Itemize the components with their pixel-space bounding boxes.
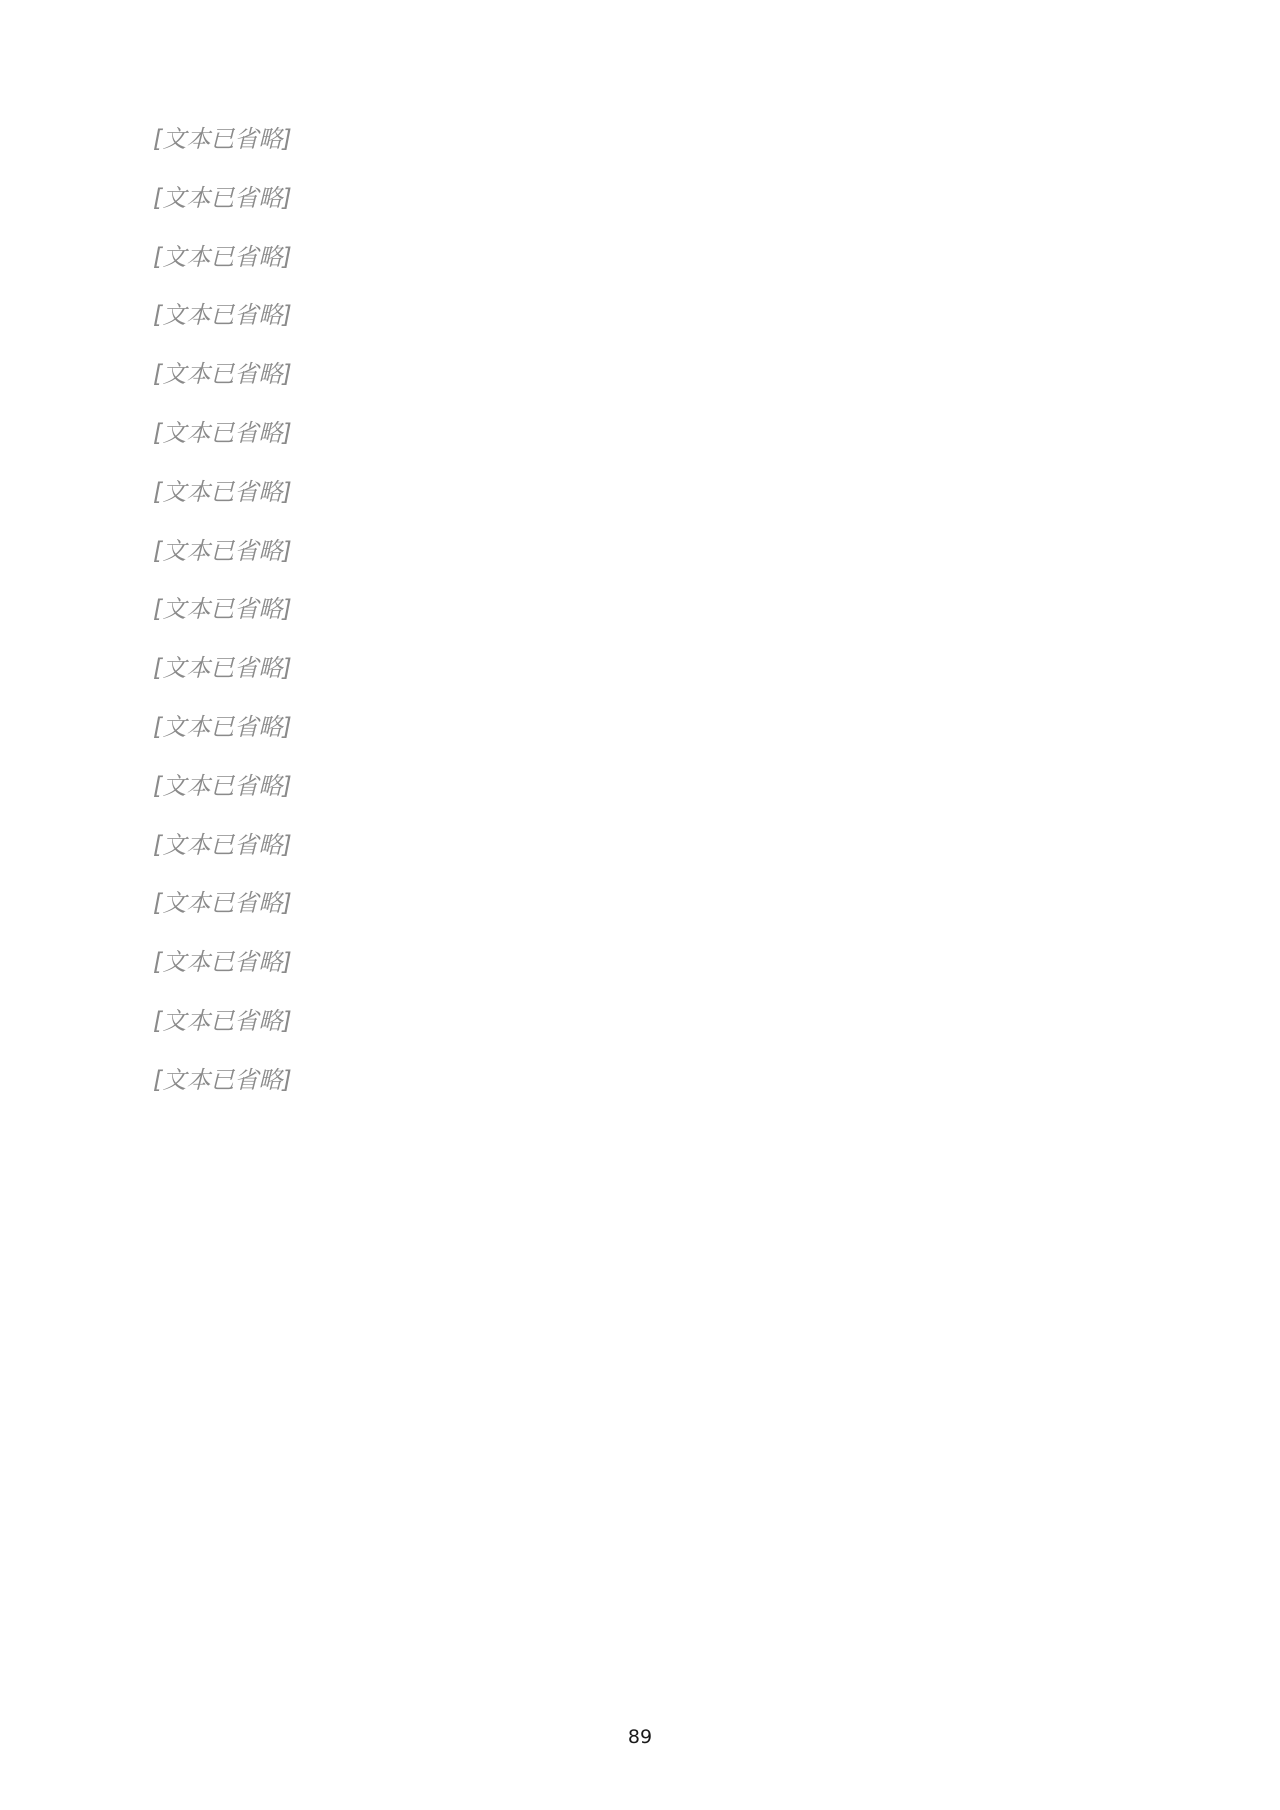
paragraph: [文本已省略]: [105, 757, 1175, 816]
paragraph: [文本已省略]: [105, 345, 1175, 404]
paragraph: [文本已省略]: [105, 933, 1175, 992]
page-number: 89: [0, 1726, 1280, 1748]
paragraph: [文本已省略]: [105, 580, 1175, 639]
paragraph: [文本已省略]: [105, 404, 1175, 463]
paragraph: [文本已省略]: [105, 698, 1175, 757]
document-page: [文本已省略][文本已省略][文本已省略][文本已省略][文本已省略][文本已省…: [0, 0, 1280, 1810]
paragraph: [文本已省略]: [105, 992, 1175, 1051]
paragraph: [文本已省略]: [105, 228, 1175, 287]
paragraph: [文本已省略]: [105, 463, 1175, 522]
paragraph: [文本已省略]: [105, 522, 1175, 581]
paragraph: [文本已省略]: [105, 169, 1175, 228]
paragraph: [文本已省略]: [105, 874, 1175, 933]
page-body: [文本已省略][文本已省略][文本已省略][文本已省略][文本已省略][文本已省…: [105, 110, 1175, 1110]
paragraph: [文本已省略]: [105, 816, 1175, 875]
paragraph: [文本已省略]: [105, 110, 1175, 169]
paragraph: [文本已省略]: [105, 639, 1175, 698]
paragraph: [文本已省略]: [105, 1051, 1175, 1110]
paragraph: [文本已省略]: [105, 286, 1175, 345]
